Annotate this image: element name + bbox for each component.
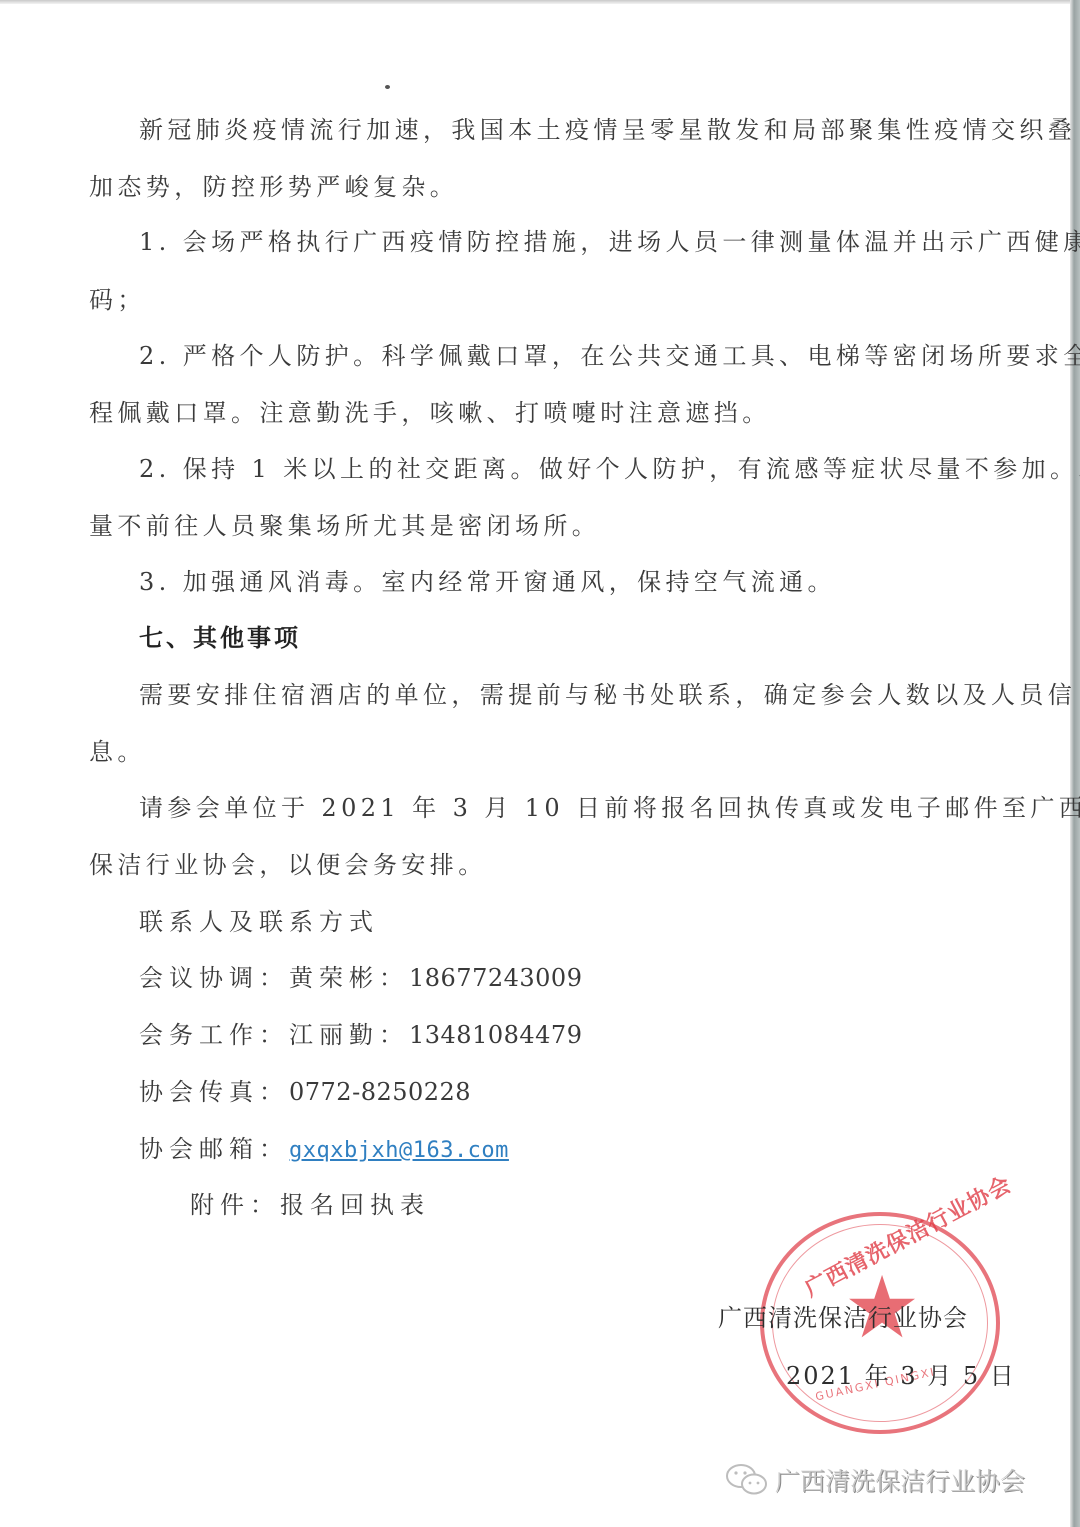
paragraph-line: 新冠肺炎疫情流行加速，我国本土疫情呈零星散发和局部聚集性疫情交织叠 bbox=[139, 114, 1029, 146]
contact-email: 协会邮箱：gxqxbjxh@163.com bbox=[139, 1133, 1029, 1167]
paragraph-line: 3. 加强通风消毒。室内经常开窗通风，保持空气流通。 bbox=[139, 566, 1029, 598]
paragraph-line: 息。 bbox=[89, 736, 979, 768]
contact-affairs-phone: 13481084479 bbox=[409, 1021, 582, 1049]
wechat-icon bbox=[725, 1462, 769, 1498]
contact-affairs-label: 会务工作：江丽勤： bbox=[139, 1021, 409, 1049]
paragraph-line: 请参会单位于 2021 年 3 月 10 日前将报名回执传真或发电子邮件至广西清… bbox=[139, 792, 1029, 824]
contact-fax: 协会传真：0772-8250228 bbox=[139, 1076, 1029, 1108]
wechat-watermark: 广西清洗保洁行业协会 bbox=[725, 1460, 1025, 1500]
contact-affairs: 会务工作：江丽勤：13481084479 bbox=[139, 1019, 1029, 1051]
paragraph-line: 程佩戴口罩。注意勤洗手，咳嗽、打喷嚏时注意遮挡。 bbox=[89, 397, 979, 429]
signature-organization: 广西清洗保洁行业协会 bbox=[718, 1298, 968, 1333]
paragraph-line: 码； bbox=[89, 284, 979, 316]
contacts-title: 联系人及联系方式 bbox=[139, 906, 1029, 938]
signature-date: 2021 年 3 月 5 日 bbox=[786, 1356, 1016, 1391]
paragraph-line: 加态势，防控形势严峻复杂。 bbox=[89, 171, 979, 203]
contact-coordinator-phone: 18677243009 bbox=[409, 964, 582, 992]
contact-email-label: 协会邮箱： bbox=[139, 1135, 289, 1163]
paragraph-line: 2. 严格个人防护。科学佩戴口罩，在公共交通工具、电梯等密闭场所要求全 bbox=[139, 340, 1029, 372]
paragraph-line: 量不前往人员聚集场所尤其是密闭场所。 bbox=[89, 510, 979, 542]
contact-fax-label: 协会传真： bbox=[139, 1078, 289, 1106]
contact-email-link[interactable]: gxqxbjxh@163.com bbox=[289, 1138, 509, 1163]
contact-fax-number: 0772-8250228 bbox=[289, 1078, 471, 1106]
watermark-text: 广西清洗保洁行业协会 bbox=[775, 1462, 1025, 1498]
paragraph-line: 1. 会场严格执行广西疫情防控措施，进场人员一律测量体温并出示广西健康 bbox=[139, 226, 1029, 258]
paragraph-line: 保洁行业协会，以便会务安排。 bbox=[89, 849, 979, 881]
paragraph-line: 2. 保持 1 米以上的社交距离。做好个人防护，有流感等症状尽量不参加。尽 bbox=[139, 453, 1029, 485]
contact-coordinator: 会议协调：黄荣彬：18677243009 bbox=[139, 962, 1029, 994]
contact-coordinator-label: 会议协调：黄荣彬： bbox=[139, 964, 409, 992]
scan-speck bbox=[385, 85, 390, 89]
page-top-edge bbox=[0, 0, 1080, 4]
paragraph-line: 需要安排住宿酒店的单位，需提前与秘书处联系，确定参会人数以及人员信 bbox=[139, 679, 1029, 711]
section-heading: 七、其他事项 bbox=[139, 622, 1029, 654]
